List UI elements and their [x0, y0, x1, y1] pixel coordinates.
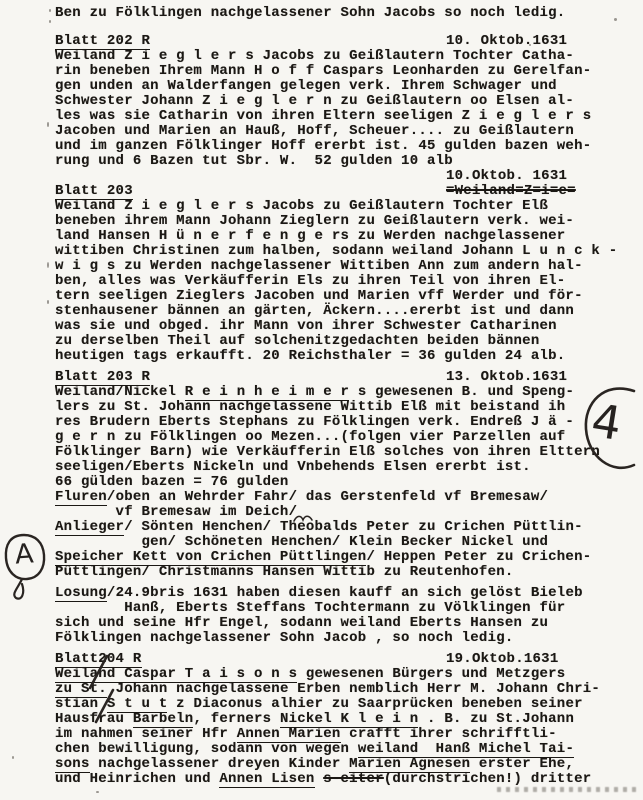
- blatt-203: 10.Oktob. 1631Blatt 203=Weiland=Z=i=e=We…: [55, 169, 643, 364]
- text-line: Speicher Kett von Crichen Püttlingen/ He…: [55, 550, 643, 565]
- blatt-204-r-header: Blatt204 R19.Oktob.1631: [55, 652, 643, 667]
- blatt-202-r-date: 10. Oktob.1631: [446, 34, 567, 49]
- text-line: was sie und obged. ihr Mann von ihrer Sc…: [55, 319, 643, 334]
- blatt-203-title: Blatt 203: [55, 183, 133, 200]
- text-line: Hausfrau Barbeln, ferners Nickel K l e i…: [55, 712, 643, 727]
- scan-speck: [49, 9, 51, 12]
- text-line: Weiland Z i e g l e r s Jacobs zu Geißla…: [55, 49, 643, 64]
- intro-line: Ben zu Fölklingen nachgelassener Sohn Ja…: [55, 6, 643, 21]
- scan-cutoff-text-fragment: [497, 787, 638, 792]
- text-line: w i g s zu Werden nachgelassener Wittibe…: [55, 259, 643, 274]
- text-line: zu St. Johann nachgelassene Erben nembli…: [55, 682, 643, 697]
- text-line: im nahmen seiner Hfr Annen Marien crafft…: [55, 727, 643, 742]
- text-line: und im ganzen Fölklinger Hoff ererbt ist…: [55, 139, 643, 154]
- text-line: res Brudern Eberts Stephans zu Fölklinge…: [55, 415, 643, 430]
- text-line: heutigen tags erkaufft. 20 Reichsthaler …: [55, 349, 643, 364]
- text-line: stenhausener bännen an gärten, Äckern...…: [55, 304, 643, 319]
- text-line: und Heinrichen und Annen Lisen s-eiter(d…: [55, 772, 643, 787]
- text-line: Fluren/oben an Wehrder Fahr/ das Gersten…: [55, 490, 643, 505]
- circled-a-label: A: [14, 538, 35, 570]
- text-line: seeligen/Eberts Nickeln und Vnbehends El…: [55, 460, 643, 475]
- blatt-203-date: 10.Oktob. 1631: [446, 169, 567, 184]
- blatt-202-r-header: Blatt 202 R10. Oktob.1631: [55, 34, 643, 49]
- text-line: rung und 6 Bazen tut Sbr. W. 52 gulden 1…: [55, 154, 643, 169]
- blatt-202-r-title: Blatt 202 R: [55, 33, 150, 50]
- circle-stroke-icon: [2, 531, 50, 603]
- blatt-204-r: Blatt204 R19.Oktob.1631Weiland Caspar T …: [55, 652, 643, 787]
- text-line: Weiland/Nickel R e i n h e i m e r s gew…: [55, 385, 643, 400]
- blatt-204-r-title: Blatt204 R: [55, 651, 142, 668]
- handwritten-circled-a-mark: A: [2, 531, 50, 603]
- document-page: Ben zu Fölklingen nachgelassener Sohn Ja…: [0, 0, 643, 800]
- blatt-203-header: Blatt 203=Weiland=Z=i=e=: [55, 184, 643, 199]
- text-line: rin beneben Ihrem Mann H o f f Caspars L…: [55, 64, 643, 79]
- scan-speck: [529, 44, 531, 46]
- scan-speck: [47, 262, 49, 268]
- text-line: beneben ihrem Mann Johann Zieglern zu Ge…: [55, 214, 643, 229]
- text-line: Hanß, Eberts Steffans Tochtermann zu Völ…: [55, 601, 643, 616]
- text-line: sons nachgelassener dreyen Kinder Marien…: [55, 757, 643, 772]
- text-line: lers zu St. Johann nachgelassene Wittib …: [55, 400, 643, 415]
- scan-speck: [96, 791, 99, 793]
- text-line: Anlieger/ Sönten Henchen/ Theobalds Pete…: [55, 520, 643, 535]
- text-line: Fölklinger Barn) wie Verkäufferin Elß so…: [55, 445, 643, 460]
- blatt-203-r-date: 13. Oktob.1631: [446, 370, 567, 385]
- text-line: Weiland Caspar T a i s o n s gewesenen B…: [55, 667, 643, 682]
- text-line: Püttlingen/ Christmanns Hansen Wittib zu…: [55, 565, 643, 580]
- text-line: land Hansen H ü n e r f e n g e rs zu We…: [55, 229, 643, 244]
- scan-speck: [47, 122, 49, 127]
- blatt-203-date-line: 10.Oktob. 1631: [55, 169, 643, 184]
- text-line: tern seeligen Zieglers Jacoben und Marie…: [55, 289, 643, 304]
- scan-speck: [47, 300, 49, 304]
- text-line: gen/ Schöneten Henchen/ Klein Becker Nic…: [55, 535, 643, 550]
- text-line: stian S t u t z Diaconus alhier zu Saarp…: [55, 697, 643, 712]
- blatt-203-r-title: Blatt 203 R: [55, 369, 150, 386]
- text-line: gen unden an Walderfangen gelegen verk. …: [55, 79, 643, 94]
- text-line: Schwester Johann Z i e g l e r n zu Geiß…: [55, 94, 643, 109]
- text-line: Weiland Z i e g l e r s Jacobs zu Geißla…: [55, 199, 643, 214]
- text-line: sich und seine Hfr Engel, sodann weiland…: [55, 616, 643, 631]
- text-line: vf Bremesaw im Deich/: [55, 505, 643, 520]
- scan-speck: [614, 18, 617, 21]
- text-line: Fölklingen nachgelassener Sohn Jacob , s…: [55, 631, 643, 646]
- text-line: chen bewilligung, sodann von wegen weila…: [55, 742, 643, 757]
- text-line: ben, alles was Verkäufferin Els zu ihren…: [55, 274, 643, 289]
- text-line: wittiben Christinen zum halben, sodann w…: [55, 244, 643, 259]
- document-body: Ben zu Fölklingen nachgelassener Sohn Ja…: [55, 6, 643, 787]
- text-line: 66 gülden bazen = 76 gulden: [55, 475, 643, 490]
- scan-speck: [12, 756, 14, 759]
- text-line: zu derselben Theil auf solchenitzgedacht…: [55, 334, 643, 349]
- text-line: Jacoben und Marien an Hauß, Hoff, Scheue…: [55, 124, 643, 139]
- blatt-203-r: Blatt 203 R13. Oktob.1631Weiland/Nickel …: [55, 370, 643, 646]
- blatt-202-r: Blatt 202 R10. Oktob.1631Weiland Z i e g…: [55, 34, 643, 169]
- text-line: Losung/24.9bris 1631 haben diesen kauff …: [55, 586, 643, 601]
- blatt-204-r-date: 19.Oktob.1631: [446, 652, 558, 667]
- blatt-203-strikeout-note: =Weiland=Z=i=e=: [446, 184, 576, 199]
- text-line: les was sie Catharin von ihren Eltern se…: [55, 109, 643, 124]
- scan-speck: [49, 20, 51, 23]
- blatt-203-r-header: Blatt 203 R13. Oktob.1631: [55, 370, 643, 385]
- text-line: g e r n zu Fölklingen oo Mezen...(folgen…: [55, 430, 643, 445]
